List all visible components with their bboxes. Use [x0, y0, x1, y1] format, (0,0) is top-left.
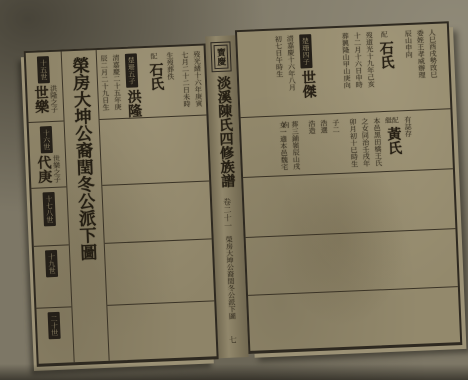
chart-row [102, 181, 211, 243]
chart-row: 歿光緒十六年庚寅 七月二十二日未時 生歿葬佚 配 石氏 楚珊五子 洪隆 清嘉慶二… [97, 46, 207, 120]
generation-label: 十九世 [45, 250, 58, 277]
note-column: 女一適本邑魏宅 [278, 121, 289, 170]
note-column: 清嘉慶十六年八月 [285, 35, 296, 91]
note-column: 子二 [331, 119, 341, 133]
generation-cell: 十九世 [34, 245, 71, 308]
generation-cell: 十六世 世樂之子 代庚 [29, 122, 66, 189]
person-name: 世傑 [299, 70, 316, 99]
right-page: 人巳酉戌勢攺巳 委姪王孝威辦理 辰山申向 配 石氏 歿道光十九年己亥 十二月十六… [235, 21, 462, 354]
person-name: 世樂 [31, 85, 48, 114]
page-number: 七 [227, 335, 238, 343]
chart-row [107, 301, 216, 360]
generation-label: 二十世 [48, 312, 61, 339]
spouse-name: 石氏 [377, 41, 394, 70]
spouse-entry: 繼配 黃氏 [384, 116, 402, 155]
note-column: 葬興隆山甲山庚向 [340, 32, 351, 88]
chart-row [243, 169, 455, 238]
note-column: 初七日午時生 [273, 35, 284, 77]
chart-row [248, 287, 460, 351]
note-column: 葬三鋪嶺辰山戌向 [290, 121, 301, 175]
generation-label: 十七八世 [43, 192, 56, 226]
generation-cell: 十七八世 [31, 187, 68, 246]
generation-cell: 二十世 [36, 307, 73, 363]
chart-row: 有誌存 繼配 黃氏 本邑黑田橋王氏 之女同治壬戌年 卯月初十巳時生 子二 浩選 … [241, 109, 453, 178]
note-column: 有誌存 [403, 116, 413, 137]
volume-label: 卷二十一 [222, 198, 232, 230]
note-column: 人巳酉戌勢攺巳 [427, 29, 438, 78]
note-column: 浩選 [319, 119, 329, 133]
imprint-box: 寶慶 [210, 41, 231, 72]
photo-backdrop: 十五世 洪隆之子 世樂 十六世 世樂之子 代庚 十七八世 [0, 0, 468, 380]
chart-row [246, 229, 458, 296]
father-reference-label: 楚珊四子 [299, 34, 312, 68]
person-entry: 楚珊四子 世傑 [297, 34, 316, 99]
spouse-name: 石氏 [146, 62, 163, 91]
note-column: 歿道光十九年己亥 [364, 31, 375, 87]
note-column: 歿光緒十六年庚寅 [192, 51, 203, 107]
note-column: 七月二十二日未時 [180, 51, 191, 107]
left-page: 十五世 洪隆之子 世樂 十六世 世樂之子 代庚 十七八世 [24, 43, 219, 366]
genealogy-book-spread: 十五世 洪隆之子 世樂 十六世 世樂之子 代庚 十七八世 [23, 21, 465, 377]
book-shadow [0, 364, 468, 380]
person-name: 代庚 [34, 155, 51, 184]
note-column: 本邑黑田橋王氏 [372, 117, 383, 166]
spouse-entry: 配 石氏 [376, 31, 394, 70]
note-column: 生歿葬佚 [165, 52, 175, 80]
chapter-heading: 榮房大坤公裔閏冬公派下圖 [69, 56, 101, 362]
note-column: 辰二月二十九日生 [99, 55, 110, 111]
note-column: 浩造 [307, 120, 317, 134]
person-entry: 楚珊五子 洪隆 [123, 53, 142, 118]
father-reference-label: 楚珊五子 [125, 53, 138, 87]
note-column: 十二月十六日申時 [352, 32, 363, 88]
generation-label: 十五世 [37, 56, 50, 83]
chart-row [100, 115, 210, 185]
spouse-label: 配 [381, 31, 388, 39]
spouse-label: 繼配 [385, 116, 399, 125]
generation-label: 十六世 [40, 126, 53, 153]
section-label: 榮房大坤公裔閏冬公派下圖 [224, 235, 237, 319]
chart-row [105, 239, 215, 305]
spouse-name: 黃氏 [384, 126, 401, 155]
note-column: 卯月初十巳時生 [348, 118, 359, 167]
note-column: 辰山申向 [403, 30, 413, 58]
chart-row: 人巳酉戌勢攺巳 委姪王孝威辦理 辰山申向 配 石氏 歿道光十九年己亥 十二月十六… [237, 23, 450, 118]
note-column: 之女同治壬戌年 [360, 118, 371, 167]
spouse-entry: 配 石氏 [146, 52, 164, 91]
lineage-note: 洪隆之子 [48, 85, 58, 113]
note-column: 委姪王孝威辦理 [415, 29, 426, 78]
spouse-label: 配 [150, 53, 157, 61]
book-title: 淡溪陳氏四修族譜 [214, 75, 235, 188]
left-page-chart-area: 歿光緒十六年庚寅 七月二十二日未時 生歿葬佚 配 石氏 楚珊五子 洪隆 清嘉慶二… [97, 46, 217, 361]
note-column: 清嘉慶二十五年庚 [111, 54, 122, 110]
person-name: 洪隆 [124, 89, 141, 118]
generation-cell: 十五世 洪隆之子 世樂 [26, 52, 63, 123]
imprint-label: 寶慶 [214, 45, 229, 70]
lineage-note: 世樂之子 [51, 155, 61, 183]
